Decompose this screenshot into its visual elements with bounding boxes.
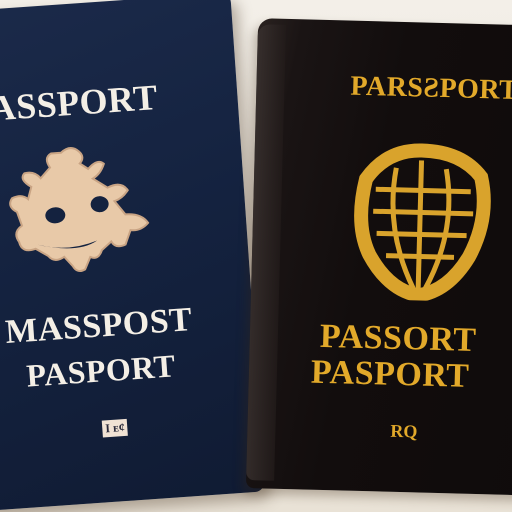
right-top-title: PARSƧPORT bbox=[350, 71, 512, 107]
ornate-crest-icon bbox=[0, 138, 171, 299]
globe-shield-icon bbox=[343, 139, 497, 303]
right-passport: PARSƧPORT PASSORT PASPORT RQ bbox=[246, 18, 512, 496]
left-passport: ASSPORT MASSPOST PASPORT I ᴇ¢ bbox=[0, 0, 265, 511]
left-badge: I ᴇ¢ bbox=[102, 419, 129, 438]
right-badge: RQ bbox=[387, 420, 421, 444]
left-lower-title-2: PASPORT bbox=[25, 347, 177, 394]
left-top-title: ASSPORT bbox=[0, 76, 159, 130]
passport-photo: ASSPORT MASSPOST PASPORT I ᴇ¢ PARSƧPORT … bbox=[0, 0, 512, 512]
left-lower-title-1: MASSPOST bbox=[4, 301, 193, 352]
right-lower-title-2: PASPORT bbox=[310, 354, 469, 396]
